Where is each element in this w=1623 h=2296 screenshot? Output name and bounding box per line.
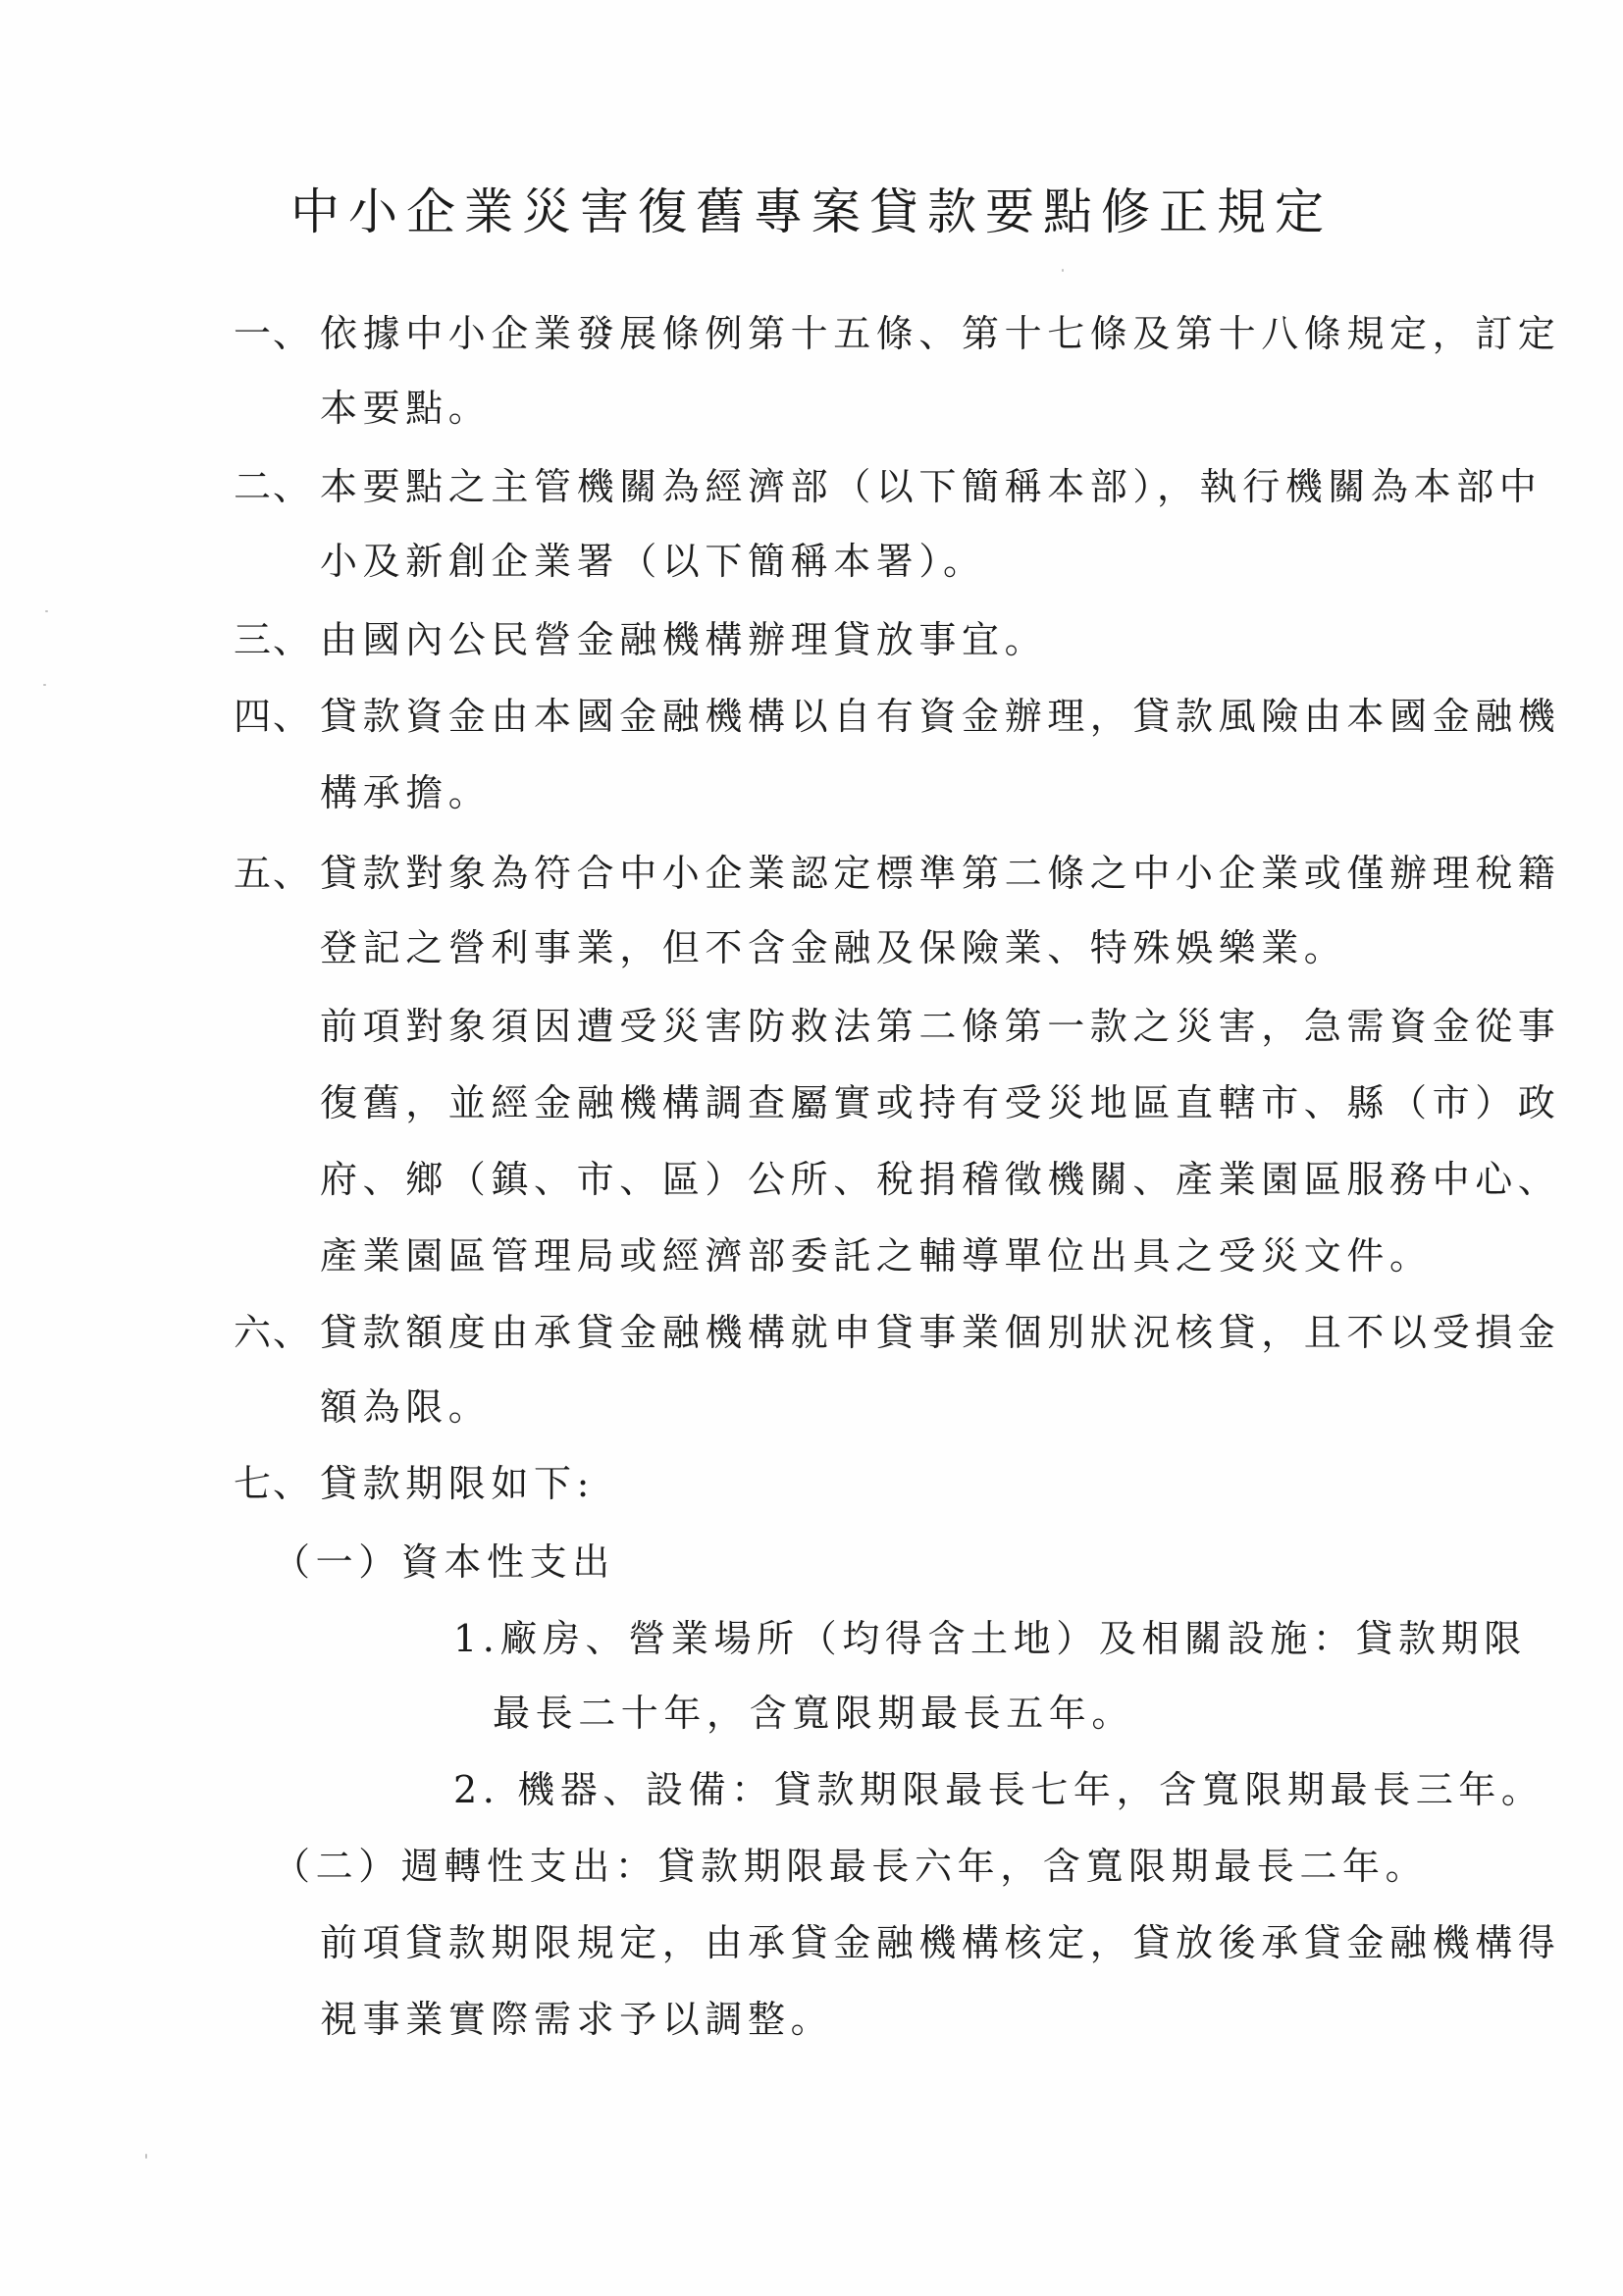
- article-2-line-2: 小及新創企業署（以下簡稱本署）。: [320, 538, 986, 585]
- scan-speck: [1062, 269, 1064, 272]
- item-2-line-1: 2. 機器、設備：貸款期限最長七年，含寬限期最長三年。: [453, 1766, 1544, 1813]
- article-5-line-1: 五、貸款對象為符合中小企業認定標準第二條之中小企業或僅辦理稅籍: [234, 850, 1560, 897]
- article-1-text: 依據中小企業發展條例第十五條、第十七條及第十八條規定，訂定: [320, 312, 1560, 355]
- article-5-para2-line-1: 前項對象須因遭受災害防救法第二條第一款之災害，急需資金從事: [320, 1003, 1560, 1050]
- article-5-text: 貸款對象為符合中小企業認定標準第二條之中小企業或僅辦理稅籍: [320, 852, 1560, 895]
- article-3-text: 由國內公民營金融機構辦理貸放事宜。: [320, 618, 1047, 661]
- article-3-marker: 三、: [234, 616, 320, 663]
- article-4-text: 貸款資金由本國金融機構以自有資金辦理，貸款風險由本國金融機: [320, 695, 1560, 738]
- document-title: 中小企業災害復舊專案貸款要點修正規定: [0, 183, 1623, 241]
- article-1-line-1: 一、依據中小企業發展條例第十五條、第十七條及第十八條規定，訂定: [234, 310, 1560, 357]
- article-2-line-1: 二、本要點之主管機關為經濟部（以下簡稱本部），執行機關為本部中: [234, 463, 1542, 510]
- article-2-marker: 二、: [234, 463, 320, 510]
- subsection-working-capital: （二）週轉性支出：貸款期限最長六年，含寬限期最長二年。: [273, 1843, 1428, 1890]
- article-7-para2-line-1: 前項貸款期限規定，由承貸金融機構核定，貸放後承貸金融機構得: [320, 1919, 1560, 1966]
- article-4-line-2: 構承擔。: [320, 769, 491, 816]
- item-1-line-2: 最長二十年，含寬限期最長五年。: [493, 1690, 1134, 1737]
- scan-speck: [145, 2154, 147, 2159]
- article-6-text: 貸款額度由承貸金融機構就申貸事業個別狀況核貸，且不以受損金: [320, 1311, 1560, 1354]
- subsection-capital-expenditure: （一）資本性支出: [273, 1539, 615, 1586]
- item-1-line-1: 1.廠房、營業場所（均得含土地）及相關設施：貸款期限: [453, 1615, 1527, 1662]
- article-6-marker: 六、: [234, 1309, 320, 1356]
- article-3-line-1: 三、由國內公民營金融機構辦理貸放事宜。: [234, 616, 1047, 663]
- article-5-line-2: 登記之營利事業，但不含金融及保險業、特殊娛樂業。: [320, 924, 1346, 971]
- scan-speck: [45, 610, 48, 612]
- article-5-para2-line-3: 府、鄉（鎮、市、區）公所、稅捐稽徵機關、產業園區服務中心、: [320, 1156, 1560, 1203]
- document-page: 中小企業災害復舊專案貸款要點修正規定 一、依據中小企業發展條例第十五條、第十七條…: [0, 0, 1623, 2296]
- article-7-marker: 七、: [234, 1460, 320, 1507]
- article-1-line-2: 本要點。: [320, 385, 491, 432]
- article-6-line-2: 額為限。: [320, 1383, 491, 1431]
- article-7-line-1: 七、貸款期限如下:: [234, 1460, 595, 1507]
- article-2-text: 本要點之主管機關為經濟部（以下簡稱本部），執行機關為本部中: [320, 465, 1542, 508]
- article-7-para2-line-2: 視事業實際需求予以調整。: [320, 1996, 833, 2043]
- article-4-line-1: 四、貸款資金由本國金融機構以自有資金辦理，貸款風險由本國金融機: [234, 693, 1560, 740]
- article-5-marker: 五、: [234, 850, 320, 897]
- scan-speck: [43, 684, 46, 686]
- article-4-marker: 四、: [234, 693, 320, 740]
- article-1-marker: 一、: [234, 310, 320, 357]
- article-6-line-1: 六、貸款額度由承貸金融機構就申貸事業個別狀況核貸，且不以受損金: [234, 1309, 1560, 1356]
- article-5-para2-line-4: 產業園區管理局或經濟部委託之輔導單位出具之受災文件。: [320, 1232, 1433, 1279]
- article-7-text: 貸款期限如下:: [320, 1462, 595, 1505]
- article-5-para2-line-2: 復舊，並經金融機構調查屬實或持有受災地區直轄市、縣（市）政: [320, 1079, 1560, 1126]
